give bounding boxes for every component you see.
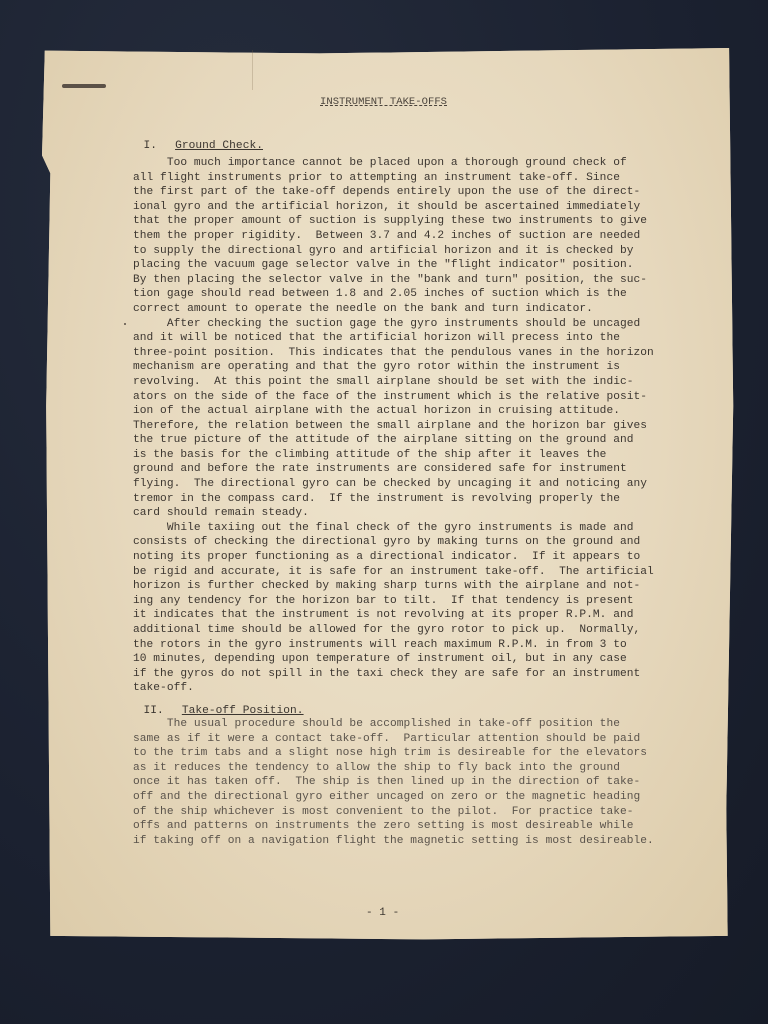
section-title: Ground Check. xyxy=(175,140,263,152)
text-line: horizon is further checked by making sha… xyxy=(133,579,654,594)
text-line: once it has taken off. The ship is then … xyxy=(133,775,654,790)
section-body-ground-check: Too much importance cannot be placed upo… xyxy=(133,156,654,696)
text-line: After checking the suction gage the gyro… xyxy=(133,317,654,332)
paper-crease xyxy=(252,50,253,90)
text-line: them the proper rigidity. Between 3.7 an… xyxy=(133,229,654,244)
section-body-takeoff-position: The usual procedure should be accomplish… xyxy=(133,717,654,848)
text-line: 10 minutes, depending upon temperature o… xyxy=(133,652,654,667)
text-line: ators on the side of the face of the ins… xyxy=(133,390,654,405)
text-line: additional time should be allowed for th… xyxy=(133,623,654,638)
text-line: if the gyros do not spill in the taxi ch… xyxy=(133,667,654,682)
text-line: Therefore, the relation between the smal… xyxy=(133,419,654,434)
text-line: noting its proper functioning as a direc… xyxy=(133,550,654,565)
text-line: mechanism are operating and that the gyr… xyxy=(133,360,654,375)
section-heading-ground-check: I.Ground Check. xyxy=(130,124,263,153)
text-line: be rigid and accurate, it is safe for an… xyxy=(133,565,654,580)
text-line: flying. The directional gyro can be chec… xyxy=(133,477,654,492)
text-line: placing the vacuum gage selector valve i… xyxy=(133,258,654,273)
section-number: I. xyxy=(144,140,158,152)
text-line: correct amount to operate the needle on … xyxy=(133,302,654,317)
text-line: ion of the actual airplane with the actu… xyxy=(133,404,654,419)
text-line: all flight instruments prior to attempti… xyxy=(133,171,654,186)
text-line: revolving. At this point the small airpl… xyxy=(133,375,654,390)
text-line: to supply the directional gyro and artif… xyxy=(133,244,654,259)
section-heading-takeoff-position: II.Take-off Position. xyxy=(130,689,304,718)
text-line: is the basis for the climbing attitude o… xyxy=(133,448,654,463)
text-line: Too much importance cannot be placed upo… xyxy=(133,156,654,171)
text-line: While taxiing out the final check of the… xyxy=(133,521,654,536)
text-line: tremor in the compass card. If the instr… xyxy=(133,492,654,507)
text-line: three-point position. This indicates tha… xyxy=(133,346,654,361)
text-line: the true picture of the attitude of the … xyxy=(133,433,654,448)
text-line: as it reduces the tendency to allow the … xyxy=(133,761,654,776)
staple-mark xyxy=(62,84,106,88)
text-line: of the ship whichever is most convenient… xyxy=(133,805,654,820)
text-line: that the proper amount of suction is sup… xyxy=(133,214,654,229)
text-line: to the trim tabs and a slight nose high … xyxy=(133,746,654,761)
text-line: if taking off on a navigation flight the… xyxy=(133,834,654,849)
text-line: off and the directional gyro either unca… xyxy=(133,790,654,805)
text-line: and it will be noticed that the artifici… xyxy=(133,331,654,346)
text-line: ing any tendency for the horizon bar to … xyxy=(133,594,654,609)
text-line: the first part of the take-off depends e… xyxy=(133,185,654,200)
margin-mark xyxy=(124,323,126,325)
text-line: same as if it were a contact take-off. P… xyxy=(133,732,654,747)
text-line: ground and before the rate instruments a… xyxy=(133,462,654,477)
text-line: it indicates that the instrument is not … xyxy=(133,608,654,623)
text-line: By then placing the selector valve in th… xyxy=(133,273,654,288)
text-line: ional gyro and the artificial horizon, i… xyxy=(133,200,654,215)
text-line: consists of checking the directional gyr… xyxy=(133,535,654,550)
text-line: card should remain steady. xyxy=(133,506,654,521)
document-title: INSTRUMENT TAKE-OFFS xyxy=(320,95,447,110)
text-line: offs and patterns on instruments the zer… xyxy=(133,819,654,834)
section-number: II. xyxy=(144,705,164,717)
text-line: tion gage should read between 1.8 and 2.… xyxy=(133,287,654,302)
text-line: the rotors in the gyro instruments will … xyxy=(133,638,654,653)
text-line: The usual procedure should be accomplish… xyxy=(133,717,654,732)
page-number: - 1 - xyxy=(366,906,399,921)
section-title: Take-off Position. xyxy=(182,705,304,717)
